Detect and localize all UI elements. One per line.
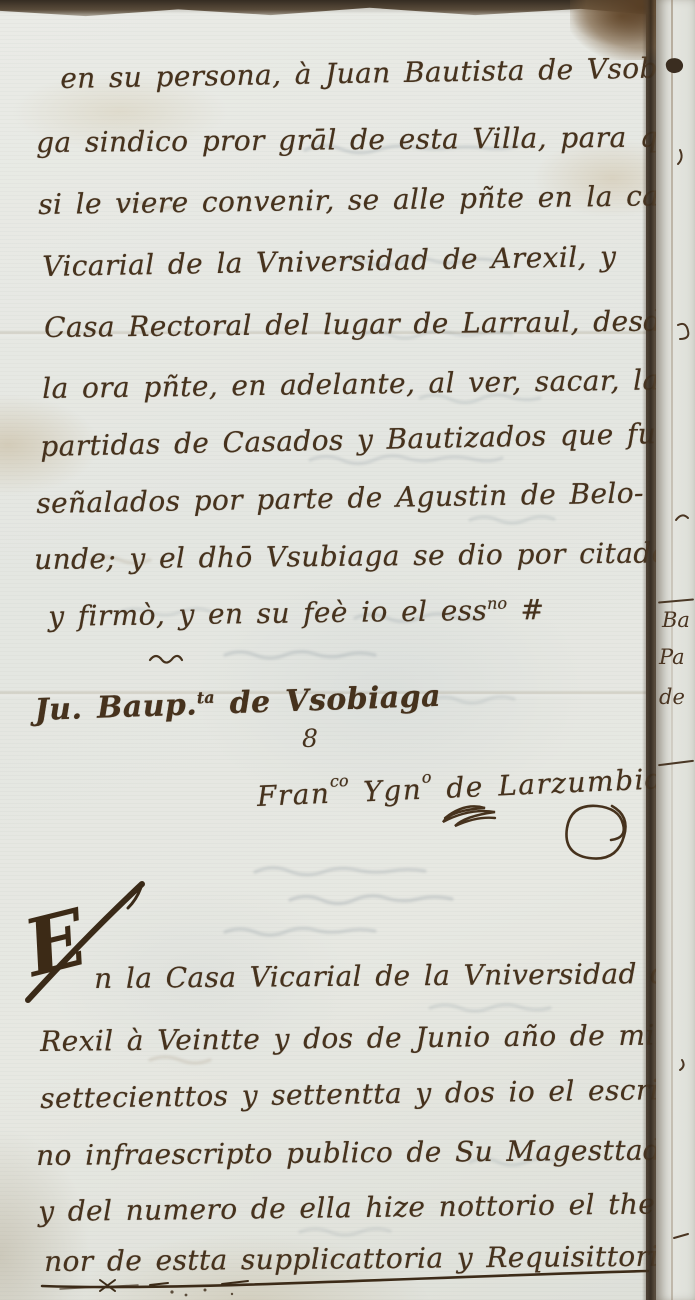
handwritten-line: unde; y el dhō Vsubiaga se dio por citad… xyxy=(34,536,678,576)
signature-part: Ju. xyxy=(34,691,83,728)
ink-blot xyxy=(665,56,685,74)
handwritten-closing-line: y firmò, y en su feè io el essno # xyxy=(48,593,545,633)
handwritten-line: Rexil à Veintte y dos de Junio año de mi… xyxy=(40,1018,664,1058)
closing-line-text: y firmò, y en su feè io el ess xyxy=(48,594,487,633)
signature-part: Baup. xyxy=(96,687,197,725)
manuscript-scan: en su persona, à Juan Bautista de Vsobia… xyxy=(0,0,695,1300)
handwritten-line: n la Casa Vicarial de la Vniversidad de xyxy=(94,957,686,995)
closing-line-mark: # xyxy=(520,593,544,626)
margin-note-rule xyxy=(658,598,694,603)
signature-superscript: ta xyxy=(196,688,214,708)
margin-note-fragment: de xyxy=(659,685,685,709)
signature-superscript: o xyxy=(421,767,431,786)
signature-paraph-icon: 8 xyxy=(302,724,318,753)
margin-note-fragment: Ba xyxy=(662,608,690,632)
signature-part: Ygn xyxy=(363,773,423,809)
next-page-edge: Ba Pa de xyxy=(656,0,695,1300)
closing-line-superscript: no xyxy=(487,594,507,613)
handwritten-line: Casa Rectoral del lugar de Larraul, desd… xyxy=(44,304,679,344)
handwritten-line: ga sindico pror grāl de esta Villa, para… xyxy=(36,120,685,159)
signature-part: de Vsobiaga xyxy=(229,679,441,721)
signature-superscript: co xyxy=(329,771,348,791)
handwritten-line: no infraescripto publico de Su Magesttad xyxy=(36,1134,661,1172)
handwritten-line: nor de estta supplicattoria y Requisitto… xyxy=(44,1239,695,1278)
margin-note-fragment: Pa xyxy=(659,645,685,669)
margin-note-rule xyxy=(658,760,694,766)
signature-part: Fran xyxy=(256,777,331,813)
